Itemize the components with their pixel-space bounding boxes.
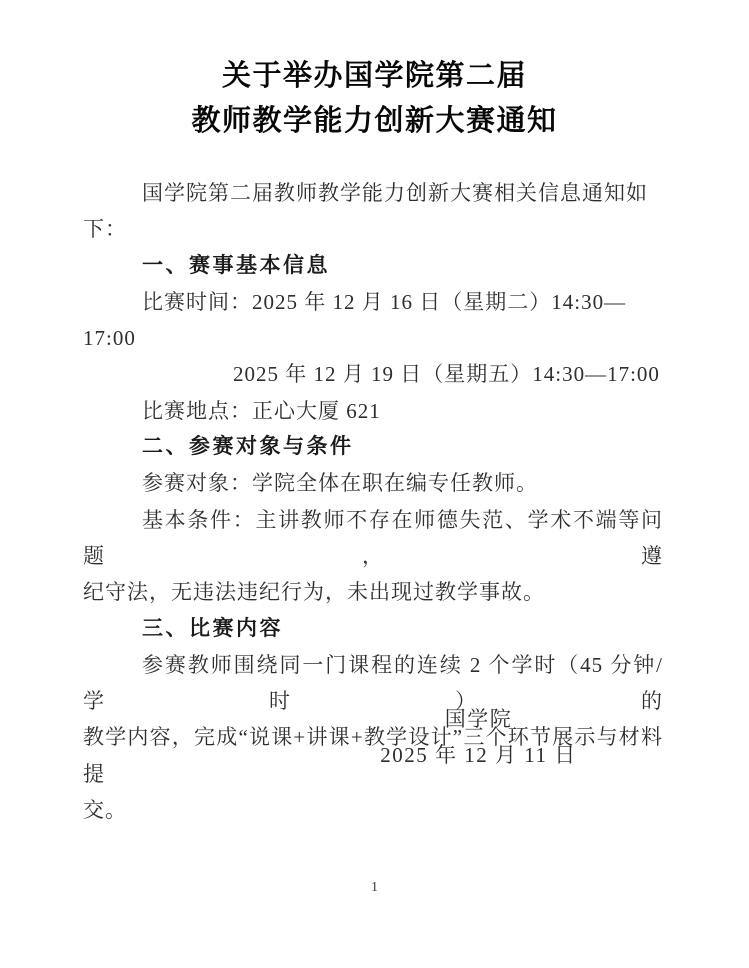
intro-paragraph: 国学院第二届教师教学能力创新大赛相关信息通知如下：: [83, 175, 663, 248]
signature-date: 2025 年 12 月 11 日: [208, 737, 749, 773]
section-heading-2: 二、参赛对象与条件: [83, 429, 663, 465]
competition-location-line: 比赛地点：正心大厦 621: [83, 393, 663, 429]
competition-time-line-2: 2025 年 12 月 19 日（星期五）14:30—17:00: [83, 356, 663, 392]
document-title-line-1: 关于举办国学院第二届: [0, 54, 749, 99]
document-title: 关于举办国学院第二届 教师教学能力创新大赛通知: [0, 54, 749, 144]
page-footer: 1: [0, 880, 749, 896]
signature-block: 国学院 2025 年 12 月 11 日: [208, 701, 749, 773]
section-heading-1: 一、赛事基本信息: [83, 248, 663, 284]
section-heading-3: 三、比赛内容: [83, 611, 663, 647]
conditions-line-1: 基本条件：主讲教师不存在师德失范、学术不端等问题，遵: [83, 502, 663, 575]
document-title-line-2: 教师教学能力创新大赛通知: [0, 99, 749, 144]
participants-line: 参赛对象：学院全体在职在编专任教师。: [83, 465, 663, 501]
conditions-line-2: 纪守法，无违法违纪行为，未出现过教学事故。: [83, 574, 663, 610]
page-number: 1: [371, 880, 378, 895]
document-page: 关于举办国学院第二届 教师教学能力创新大赛通知 国学院第二届教师教学能力创新大赛…: [0, 0, 749, 968]
content-line-3: 交。: [83, 792, 663, 828]
signature-organization: 国学院: [208, 701, 749, 737]
competition-time-line-1: 比赛时间：2025 年 12 月 16 日（星期二）14:30—17:00: [83, 284, 663, 357]
